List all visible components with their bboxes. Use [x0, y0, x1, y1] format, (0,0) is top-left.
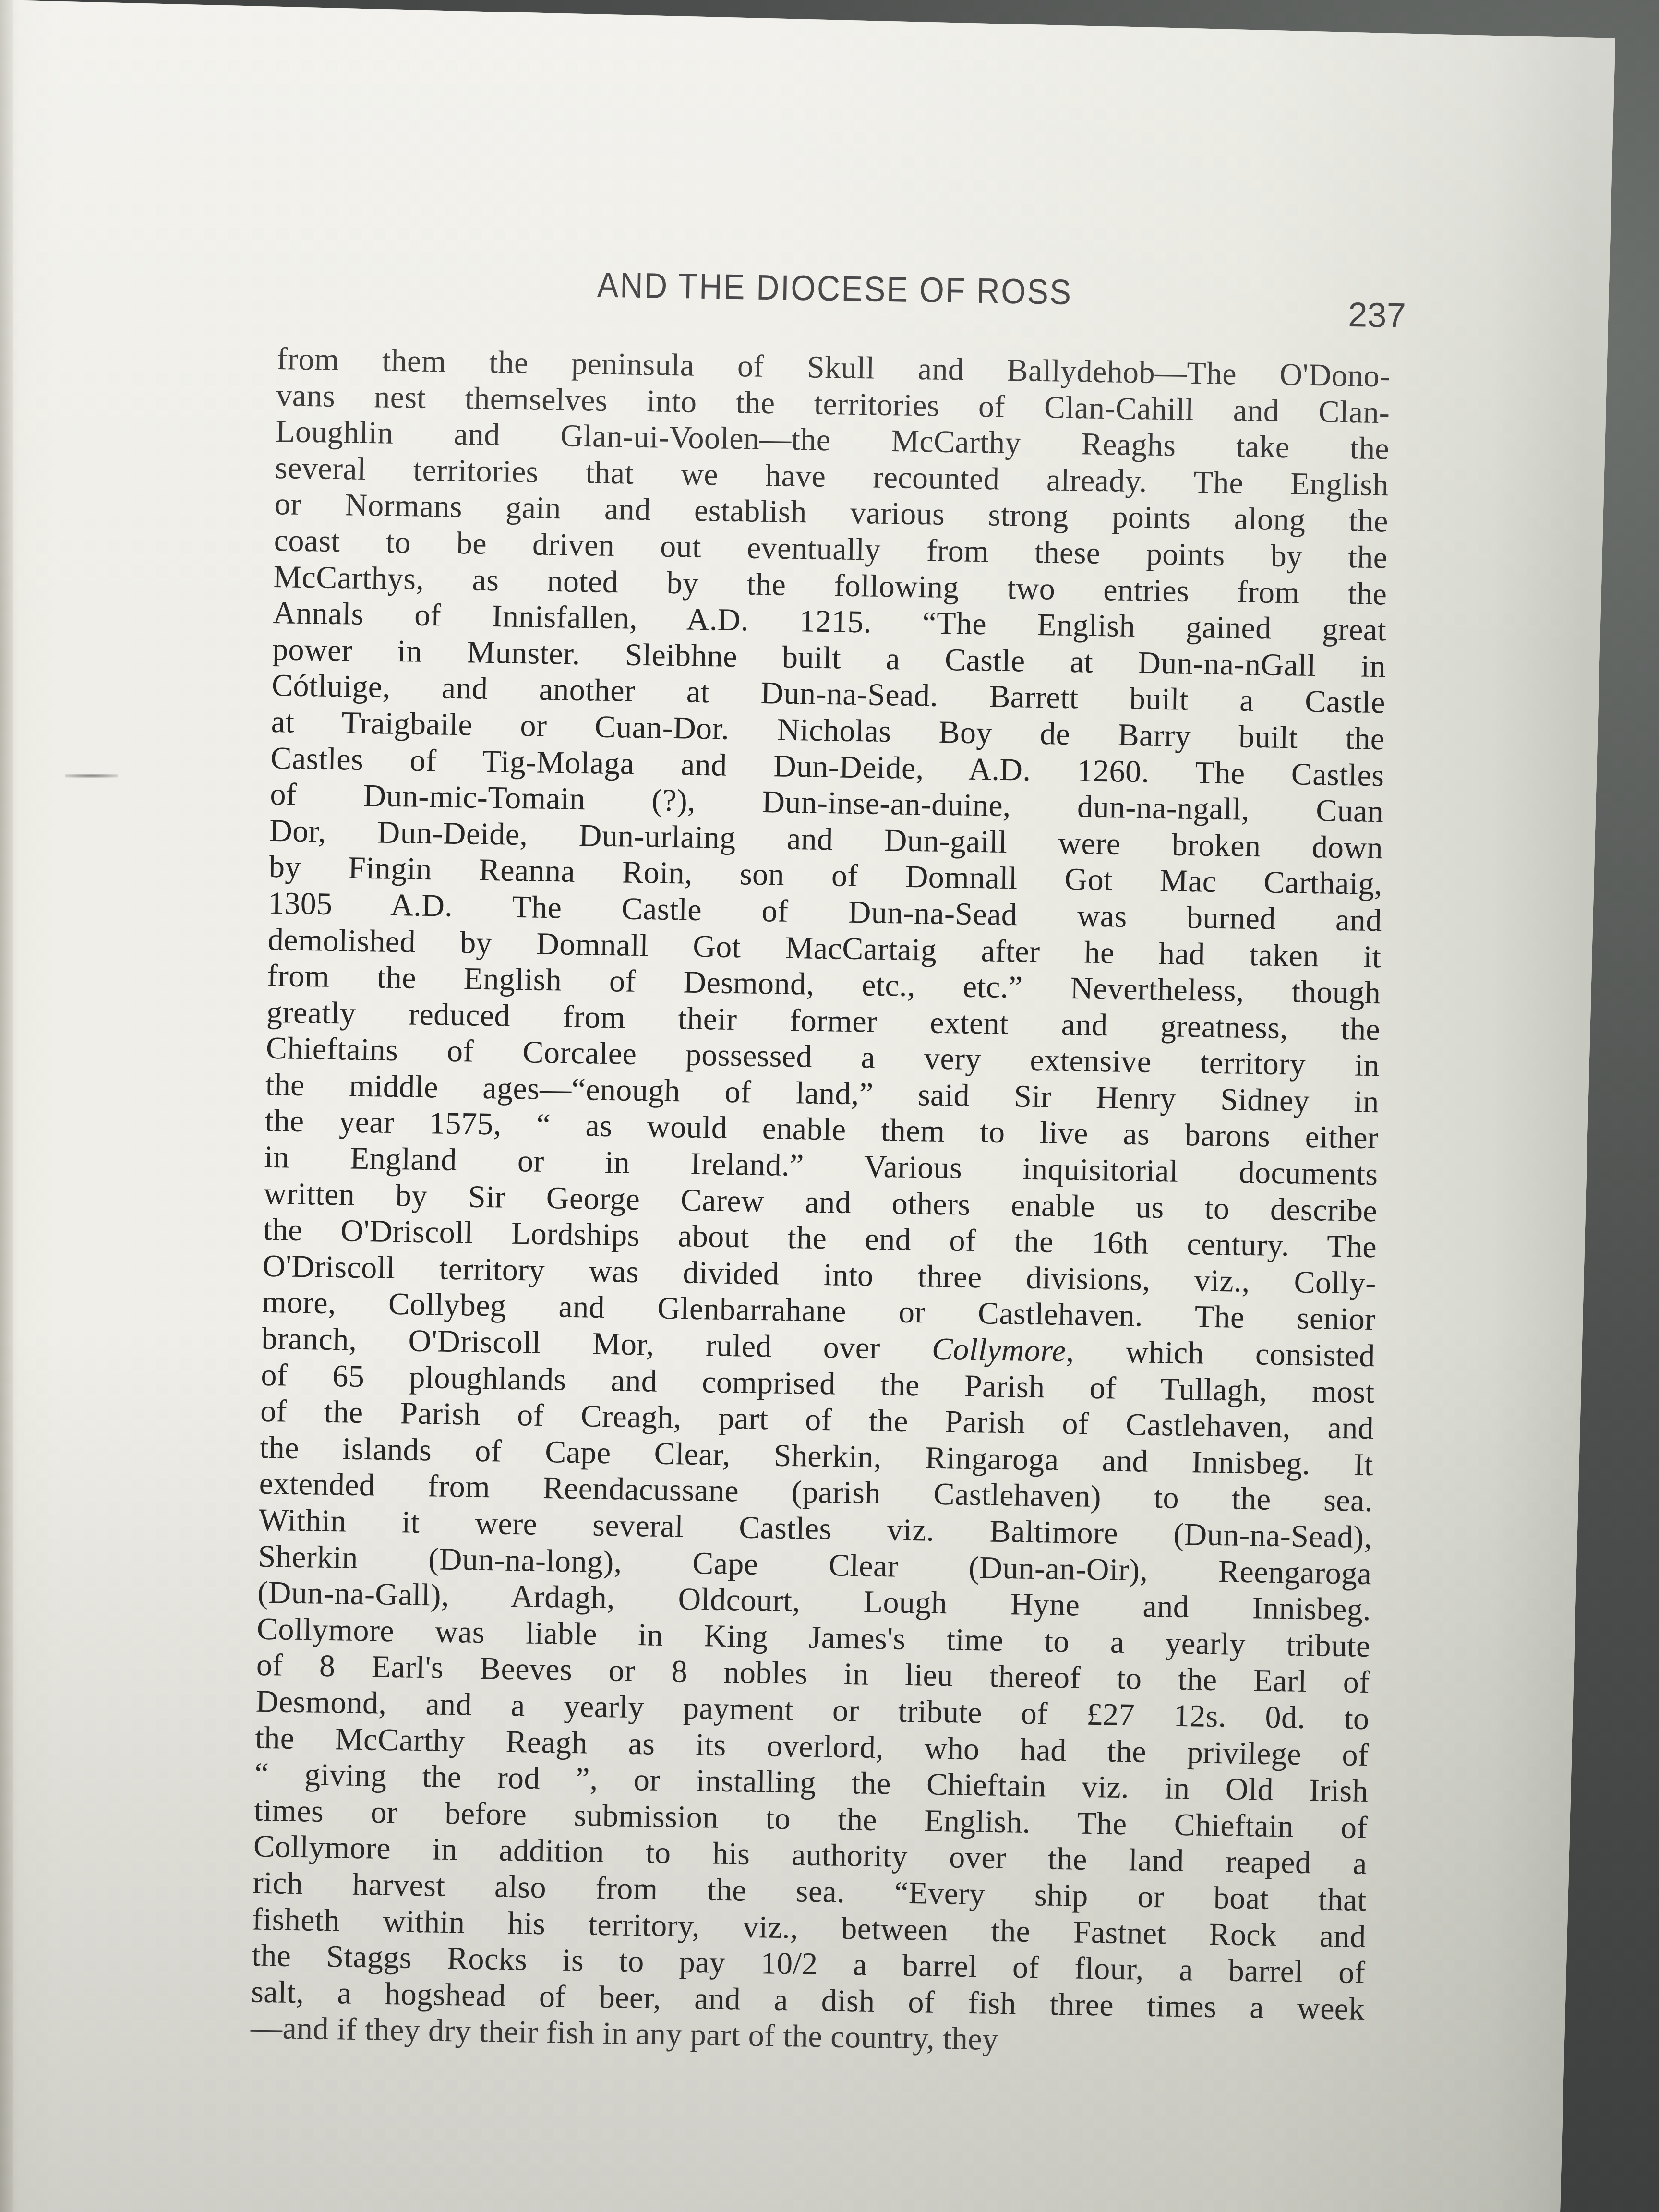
running-title: AND THE DIOCESE OF ROSS [597, 264, 1073, 313]
running-head: AND THE DIOCESE OF ROSS 237 [277, 259, 1392, 349]
book-page: AND THE DIOCESE OF ROSS 237 from them th… [0, 0, 1659, 2212]
page-content: AND THE DIOCESE OF ROSS 237 from them th… [251, 259, 1392, 2064]
ink-smudge [65, 774, 118, 778]
italic-term: Collymore [931, 1332, 1066, 1369]
body-text: from them the peninsula of Skull and Bal… [251, 341, 1391, 2064]
page-number: 237 [1348, 295, 1406, 336]
page-binding-edge [0, 0, 13, 2212]
